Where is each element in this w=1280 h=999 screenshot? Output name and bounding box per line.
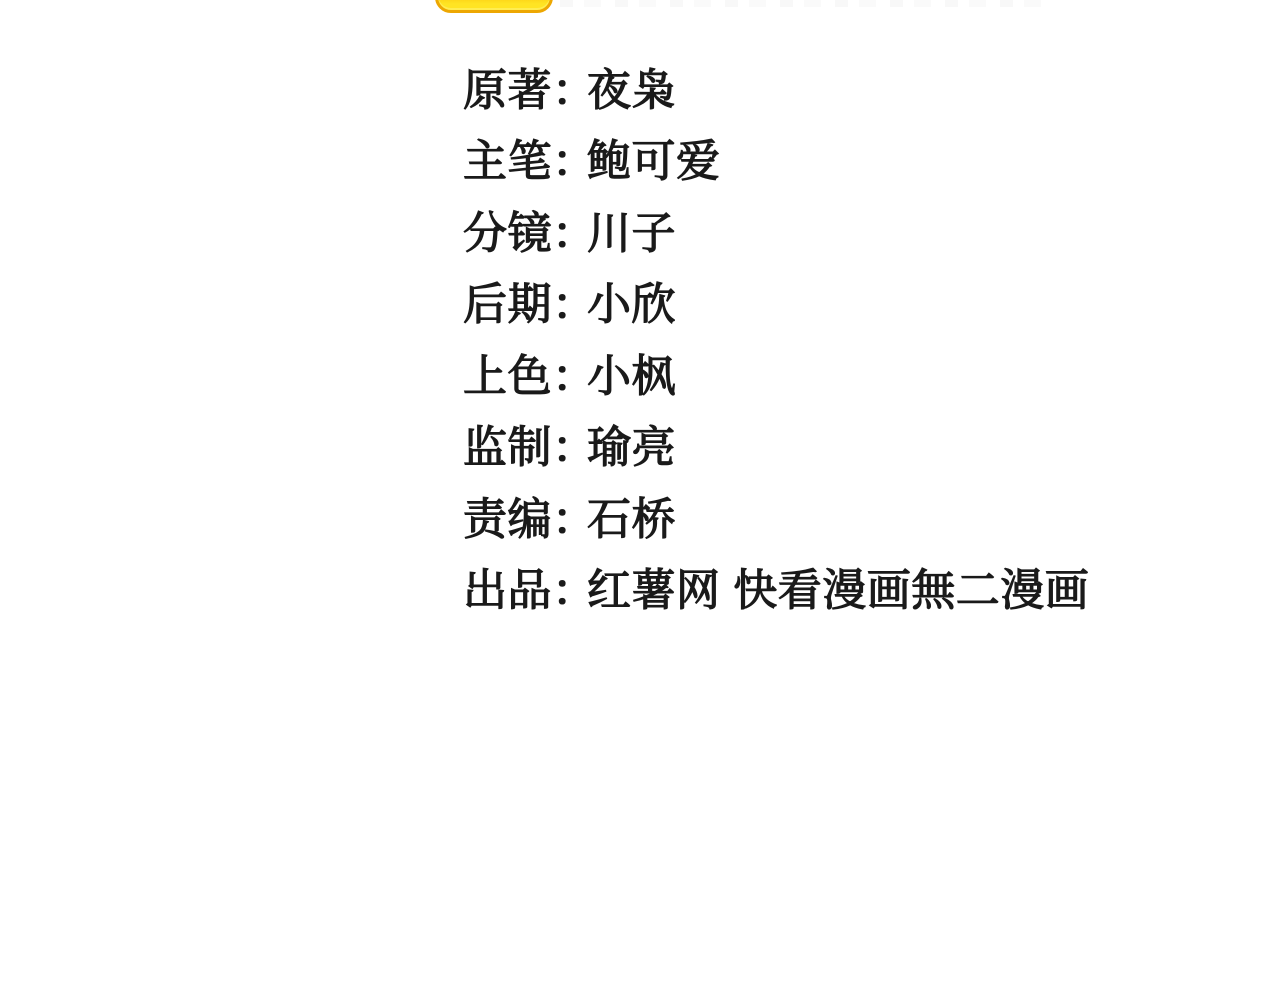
credit-role-label: 上色： bbox=[463, 340, 587, 404]
credit-name: 瑜亮 bbox=[587, 411, 676, 475]
credit-name: 红薯网 快看漫画無二漫画 bbox=[587, 554, 1089, 618]
credit-row-lead-artist: 主笔： 鲍可爱 bbox=[463, 122, 1089, 194]
credit-row-original-author: 原著： 夜枭 bbox=[463, 50, 1089, 122]
credit-name: 小欣 bbox=[587, 268, 676, 332]
credit-row-storyboard: 分镜： 川子 bbox=[463, 193, 1089, 265]
credit-name: 夜枭 bbox=[587, 54, 676, 118]
cropped-text-artifact bbox=[560, 0, 1050, 7]
credit-role-label: 出品： bbox=[463, 554, 587, 618]
cropped-yellow-bubble bbox=[435, 0, 553, 13]
credit-name: 小枫 bbox=[587, 340, 676, 404]
credit-role-label: 监制： bbox=[463, 411, 587, 475]
credits-list: 原著： 夜枭 主笔： 鲍可爱 分镜： 川子 后期： 小欣 上色： 小枫 监制： … bbox=[463, 50, 1089, 622]
credit-row-post-production: 后期： 小欣 bbox=[463, 265, 1089, 337]
credit-name: 鲍可爱 bbox=[587, 125, 721, 189]
credit-name: 石桥 bbox=[587, 483, 676, 547]
credit-row-coloring: 上色： 小枫 bbox=[463, 336, 1089, 408]
credit-role-label: 责编： bbox=[463, 483, 587, 547]
credit-role-label: 主笔： bbox=[463, 125, 587, 189]
credit-role-label: 原著： bbox=[463, 54, 587, 118]
credit-role-label: 后期： bbox=[463, 268, 587, 332]
credit-row-production: 出品： 红薯网 快看漫画無二漫画 bbox=[463, 551, 1089, 623]
credit-name: 川子 bbox=[587, 197, 676, 261]
credit-row-editor: 责编： 石桥 bbox=[463, 479, 1089, 551]
credit-row-supervisor: 监制： 瑜亮 bbox=[463, 408, 1089, 480]
credit-role-label: 分镜： bbox=[463, 197, 587, 261]
